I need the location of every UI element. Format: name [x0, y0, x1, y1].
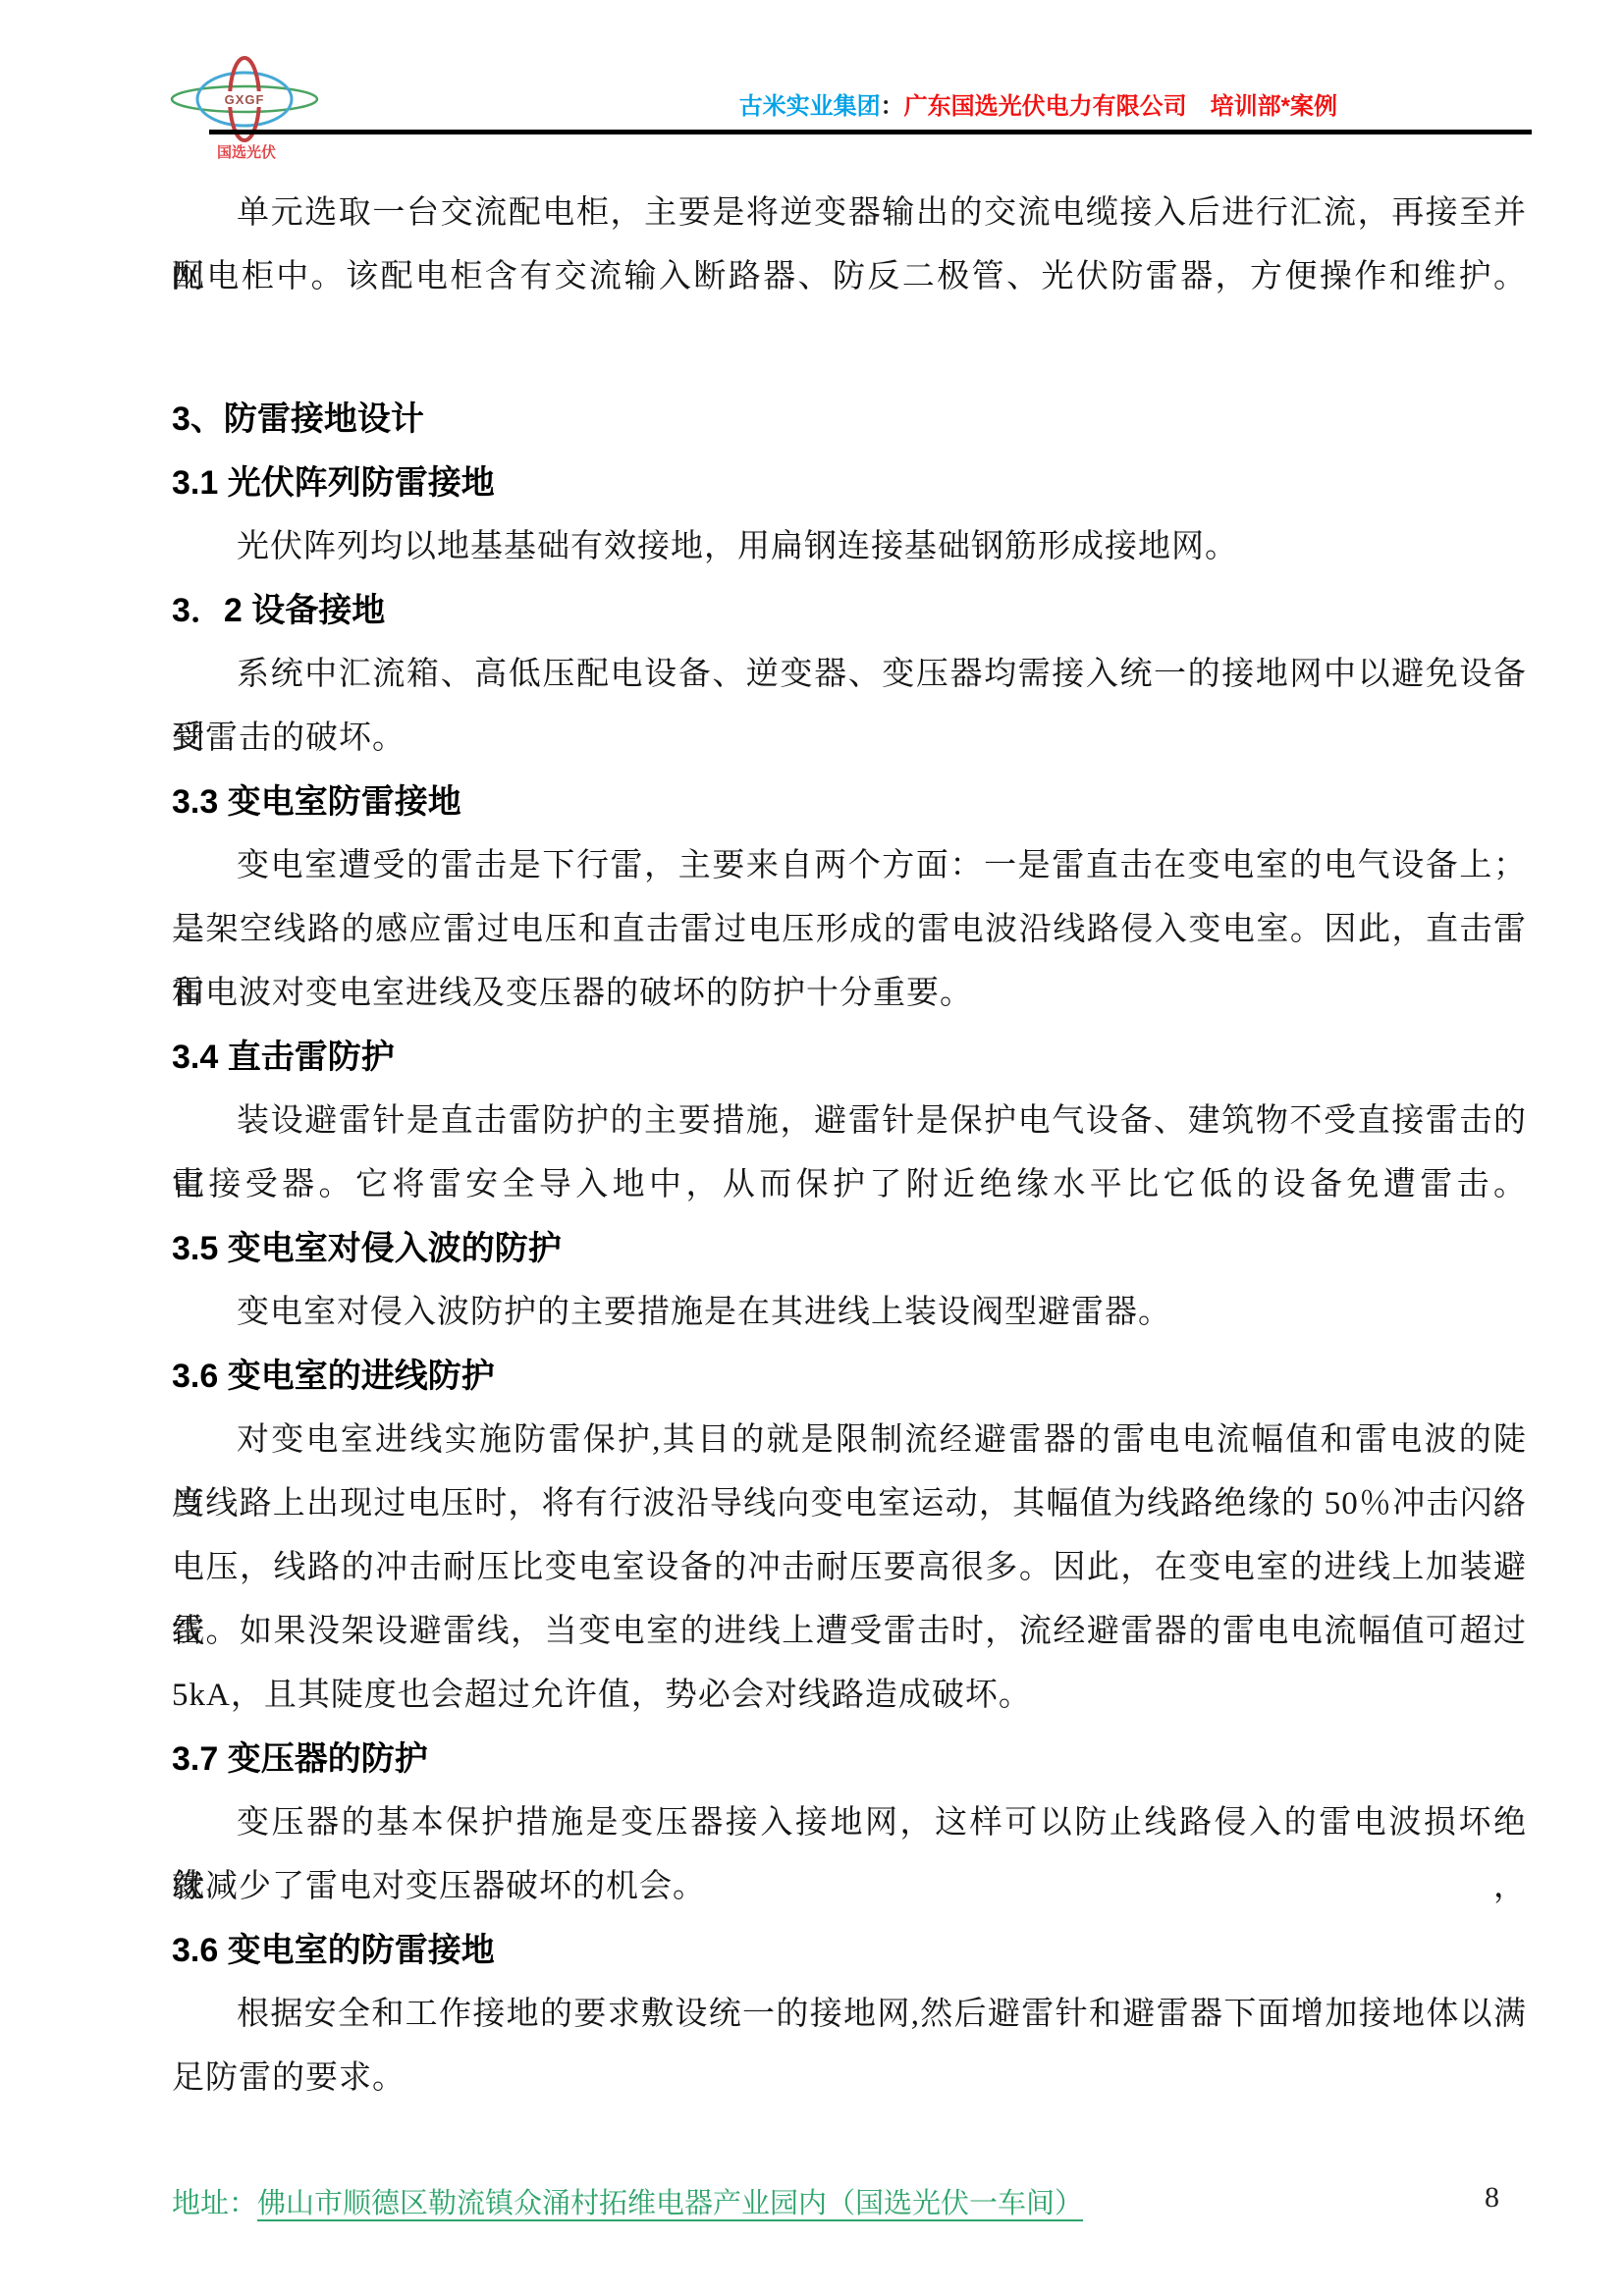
paragraph-line: 足防雷的要求。	[172, 2047, 1527, 2110]
section-heading-3-1: 3.1 光伏阵列防雷接地	[172, 452, 1527, 515]
section-heading-3-5: 3.5 变电室对侵入波的防护	[172, 1217, 1527, 1281]
section-heading-3-2: 3．2 设备接地	[172, 579, 1527, 643]
document-page: GXGF 国选光伏 古米实业集团：广东国选光伏电力有限公司 培训部*案例 单元选…	[0, 0, 1624, 2296]
section-heading-3: 3、防雷接地设计	[172, 388, 1527, 452]
paragraph-line: 雷电波对变电室进线及变压器的破坏的防护十分重要。	[172, 962, 1527, 1026]
footer: 地址：佛山市顺德区勒流镇众涌村拓维电器产业园内（国选光伏一车间）	[172, 2181, 1083, 2221]
header-title: 古米实业集团：广东国选光伏电力有限公司 培训部*案例	[739, 86, 1337, 121]
section-heading-3-4: 3.4 直击雷防护	[172, 1026, 1527, 1090]
paragraph-line: 变电室遭受的雷击是下行雷，主要来自两个方面：一是雷直击在变电室的电气设备上；二	[172, 834, 1527, 898]
paragraph-line: 电压，线路的冲击耐压比变电室设备的冲击耐压要高很多。因此，在变电室的进线上加装避…	[172, 1536, 1527, 1600]
paragraph-line: 单元选取一台交流配电柜，主要是将逆变器输出的交流电缆接入后进行汇流，再接至并网	[172, 182, 1527, 245]
paragraph-line: 系统中汇流箱、高低压配电设备、逆变器、变压器均需接入统一的接地网中以避免设备受	[172, 643, 1527, 707]
svg-text:GXGF: GXGF	[225, 92, 265, 107]
footer-address-label: 地址：	[172, 2188, 257, 2219]
section-heading-3-6b: 3.6 变电室的防雷接地	[172, 1919, 1527, 1983]
logo-caption: 国选光伏	[168, 141, 325, 162]
paragraph-line: 变压器的基本保护措施是变压器接入接地网，这样可以防止线路侵入的雷电波损坏绝缘，	[172, 1791, 1527, 1855]
header-rule	[209, 130, 1532, 134]
header-group-name: 古米实业集团	[739, 93, 881, 120]
section-heading-3-3: 3.3 变电室防雷接地	[172, 771, 1527, 834]
paragraph-line: 到雷击的破坏。	[172, 707, 1527, 771]
paragraph-line: 当线路上出现过电压时，将有行波沿导线向变电室运动，其幅值为线路绝缘的 50％冲击…	[172, 1472, 1527, 1536]
content-area: 单元选取一台交流配电柜，主要是将逆变器输出的交流电缆接入后进行汇流，再接至并网 …	[172, 182, 1527, 2110]
section-heading-3-6: 3.6 变电室的进线防护	[172, 1345, 1527, 1409]
paragraph-line: 光伏阵列均以地基基础有效接地，用扁钢连接基础钢筋形成接地网。	[172, 515, 1527, 579]
paragraph-line: 5kA，且其陡度也会超过允许值，势必会对线路造成破坏。	[172, 1664, 1527, 1728]
paragraph-line: 是架空线路的感应雷过电压和直击雷过电压形成的雷电波沿线路侵入变电室。因此，直击雷…	[172, 898, 1527, 962]
paragraph-line: 电接受器。它将雷安全导入地中，从而保护了附近绝缘水平比它低的设备免遭雷击。	[172, 1153, 1527, 1217]
footer-address-link[interactable]: 佛山市顺德区勒流镇众涌村拓维电器产业园内（国选光伏一车间）	[257, 2188, 1083, 2219]
paragraph-line: 对变电室进线实施防雷保护,其目的就是限制流经避雷器的雷电电流幅值和雷电波的陡度。	[172, 1409, 1527, 1472]
paragraph-line: 根据安全和工作接地的要求敷设统一的接地网,然后避雷针和避雷器下面增加接地体以满	[172, 1983, 1527, 2047]
page-number: 8	[1485, 2181, 1499, 2215]
header-company-title: 广东国选光伏电力有限公司 培训部*案例	[904, 93, 1337, 120]
paragraph-line: 变电室对侵入波防护的主要措施是在其进线上装设阀型避雷器。	[172, 1281, 1527, 1345]
paragraph-line: 配电柜中。该配电柜含有交流输入断路器、防反二极管、光伏防雷器，方便操作和维护。	[172, 245, 1527, 309]
paragraph-line: 装设避雷针是直击雷防护的主要措施，避雷针是保护电气设备、建筑物不受直接雷击的雷	[172, 1090, 1527, 1153]
paragraph-line: 线。如果没架设避雷线，当变电室的进线上遭受雷击时，流经避雷器的雷电电流幅值可超过	[172, 1600, 1527, 1664]
section-heading-3-7: 3.7 变压器的防护	[172, 1728, 1527, 1791]
header-separator: ：	[881, 93, 904, 120]
